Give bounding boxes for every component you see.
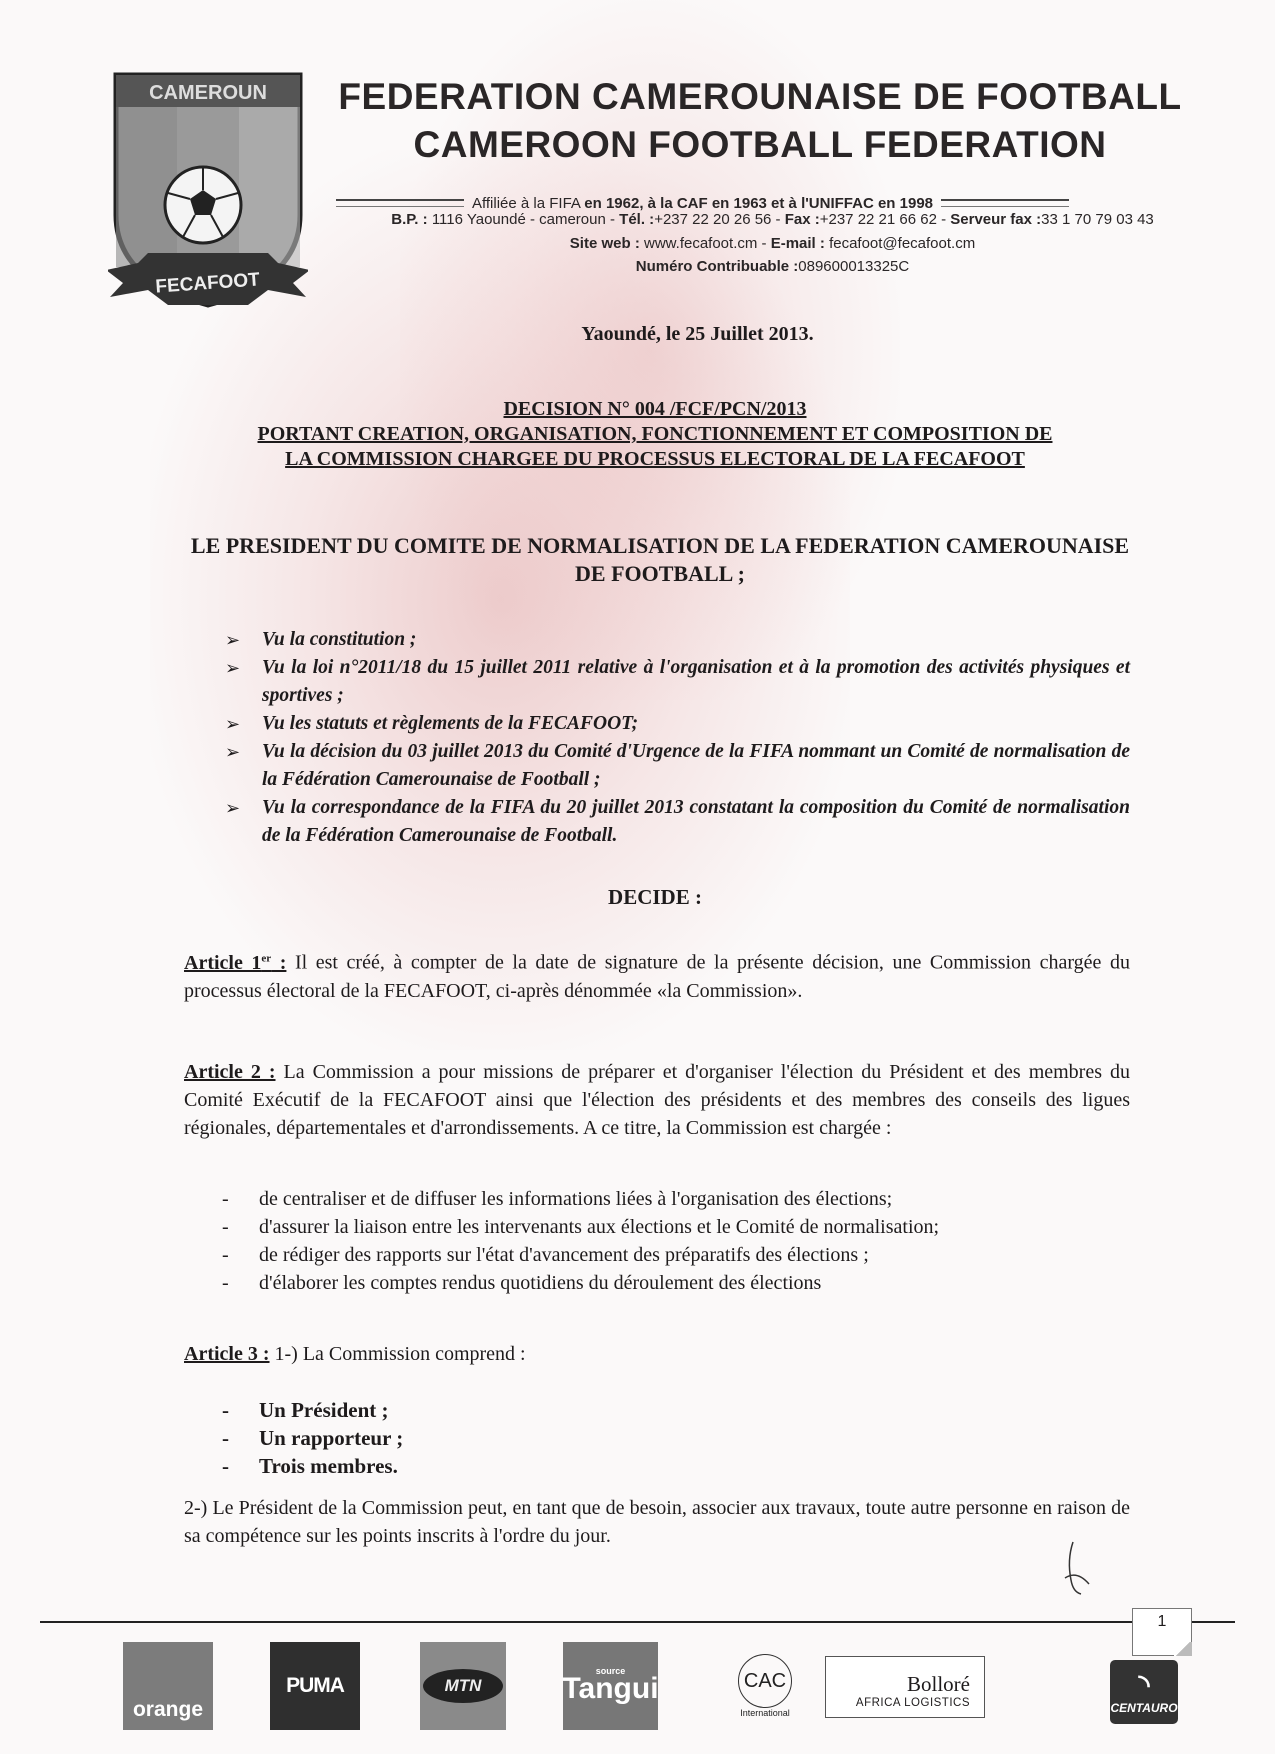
signature-mark-icon bbox=[1055, 1540, 1095, 1600]
dash-bullet-icon: - bbox=[222, 1424, 229, 1452]
tel-label: Tél. : bbox=[619, 211, 654, 228]
soccer-ball-shield-icon: CAMEROUN FECAFOOT bbox=[108, 65, 308, 315]
article-2-label: Article 2 : bbox=[184, 1061, 276, 1083]
decision-subject-line2: LA COMMISSION CHARGEE DU PROCESSUS ELECT… bbox=[180, 447, 1130, 472]
article-3-intro: 1-) La Commission comprend : bbox=[270, 1343, 526, 1365]
vu-item: ➢Vu la loi n°2011/18 du 15 juillet 2011 … bbox=[225, 654, 1130, 710]
site-value: www.fecafoot.cm - bbox=[644, 235, 767, 252]
fax-label: Fax : bbox=[785, 211, 820, 228]
decision-header: DECISION N° 004 /FCF/PCN/2013 PORTANT CR… bbox=[180, 397, 1130, 472]
site-label: Site web : bbox=[570, 235, 640, 252]
dash-bullet-icon: - bbox=[222, 1185, 229, 1213]
decision-subject-line1: PORTANT CREATION, ORGANISATION, FONCTION… bbox=[180, 422, 1130, 447]
article-2-text: La Commission a pour missions de prépare… bbox=[184, 1061, 1130, 1139]
sponsor-orange-logo: orange bbox=[123, 1642, 213, 1730]
article-1: Article 1er : Il est créé, à compter de … bbox=[184, 944, 1130, 1005]
org-title-fr: FEDERATION CAMEROUNAISE DE FOOTBALL bbox=[300, 74, 1220, 120]
article-1-text: Il est créé, à compter de la date de sig… bbox=[184, 952, 1130, 1002]
contributor-line: Numéro Contribuable :089600013325C bbox=[300, 258, 1245, 275]
dash-bullet-icon: - bbox=[222, 1396, 229, 1424]
vu-item: ➢Vu les statuts et règlements de la FECA… bbox=[225, 710, 1130, 738]
svg-text:CAMEROUN: CAMEROUN bbox=[149, 82, 267, 104]
sponsor-puma-logo: PUMA bbox=[270, 1642, 360, 1730]
footer-divider bbox=[40, 1621, 1235, 1623]
mission-item: -d'assurer la liaison entre les interven… bbox=[222, 1213, 1132, 1241]
article-2: Article 2 : La Commission a pour mission… bbox=[184, 1058, 1130, 1142]
web-line: Site web : www.fecafoot.cm - E-mail : fe… bbox=[300, 235, 1245, 252]
member-item: -Un Président ; bbox=[222, 1396, 822, 1424]
decision-number: DECISION N° 004 /FCF/PCN/2013 bbox=[180, 397, 1130, 422]
mission-item: -de rédiger des rapports sur l'état d'av… bbox=[222, 1241, 1132, 1269]
fax-value: +237 22 21 66 62 - bbox=[820, 211, 946, 228]
page-curl-icon bbox=[1174, 1642, 1192, 1656]
member-item: -Trois membres. bbox=[222, 1452, 822, 1480]
org-title-en: CAMEROON FOOTBALL FEDERATION bbox=[300, 122, 1220, 168]
dash-bullet-icon: - bbox=[222, 1269, 229, 1297]
centauro-swoosh-icon: ◝ bbox=[1139, 1669, 1150, 1701]
vu-item: ➢Vu la constitution ; bbox=[225, 626, 1130, 654]
arrow-bullet-icon: ➢ bbox=[225, 738, 240, 766]
arrow-bullet-icon: ➢ bbox=[225, 794, 240, 822]
commission-members: -Un Président ; -Un rapporteur ; -Trois … bbox=[222, 1396, 822, 1480]
contributor-value: 089600013325C bbox=[798, 258, 909, 275]
article-3: Article 3 : 1-) La Commission comprend : bbox=[184, 1340, 1130, 1368]
bp-value: 1116 Yaoundé - cameroun - bbox=[432, 211, 615, 228]
authority-heading: LE PRESIDENT DU COMITE DE NORMALISATION … bbox=[190, 532, 1130, 588]
decorative-rule bbox=[336, 199, 464, 207]
decide-heading: DECIDE : bbox=[180, 885, 1130, 910]
dash-bullet-icon: - bbox=[222, 1241, 229, 1269]
sponsor-cac-logo: CAC International bbox=[730, 1642, 800, 1730]
fecafoot-logo: CAMEROUN FECAFOOT bbox=[108, 65, 308, 315]
affiliation-prefix: Affiliée à la FIFA bbox=[472, 195, 580, 212]
sponsor-mtn-logo: MTN bbox=[420, 1642, 506, 1730]
contributor-label: Numéro Contribuable : bbox=[636, 258, 799, 275]
dash-bullet-icon: - bbox=[222, 1452, 229, 1480]
page-number: 1 bbox=[1132, 1608, 1192, 1656]
arrow-bullet-icon: ➢ bbox=[225, 710, 240, 738]
dash-bullet-icon: - bbox=[222, 1213, 229, 1241]
vu-item: ➢Vu la correspondance de la FIFA du 20 j… bbox=[225, 794, 1130, 850]
tel-value: +237 22 20 26 56 - bbox=[654, 211, 780, 228]
mission-item: -d'élaborer les comptes rendus quotidien… bbox=[222, 1269, 1132, 1297]
arrow-bullet-icon: ➢ bbox=[225, 654, 240, 682]
server-fax-label: Serveur fax : bbox=[950, 211, 1041, 228]
decorative-rule bbox=[941, 199, 1069, 207]
sponsor-centauro-logo: ◝ CENTAURO bbox=[1110, 1660, 1178, 1724]
document-date: Yaoundé, le 25 Juillet 2013. bbox=[0, 323, 1275, 346]
article-2-missions: -de centraliser et de diffuser les infor… bbox=[222, 1185, 1132, 1297]
member-item: -Un rapporteur ; bbox=[222, 1424, 822, 1452]
email-label: E-mail : bbox=[771, 235, 825, 252]
article-3-paragraph-2: 2-) Le Président de la Commission peut, … bbox=[184, 1494, 1130, 1550]
arrow-bullet-icon: ➢ bbox=[225, 626, 240, 654]
article-1-label: Article 1er : bbox=[184, 952, 286, 974]
server-fax-value: 33 1 70 79 03 43 bbox=[1041, 211, 1154, 228]
mission-item: -de centraliser et de diffuser les infor… bbox=[222, 1185, 1132, 1213]
vu-item: ➢Vu la décision du 03 juillet 2013 du Co… bbox=[225, 738, 1130, 794]
sponsor-tangui-logo: source Tangui bbox=[563, 1642, 658, 1730]
vu-list: ➢Vu la constitution ; ➢Vu la loi n°2011/… bbox=[225, 626, 1130, 850]
contact-line: B.P. : 1116 Yaoundé - cameroun - Tél. :+… bbox=[300, 211, 1245, 228]
globe-icon: CAC bbox=[738, 1654, 792, 1708]
sponsor-bollore-logo: Bolloré AFRICA LOGISTICS bbox=[825, 1656, 985, 1718]
bp-label: B.P. : bbox=[391, 211, 427, 228]
article-3-label: Article 3 : bbox=[184, 1343, 270, 1365]
affiliation-dates: en 1962, à la CAF en 1963 et à l'UNIFFAC… bbox=[584, 195, 933, 212]
email-value: fecafoot@fecafoot.cm bbox=[829, 235, 975, 252]
